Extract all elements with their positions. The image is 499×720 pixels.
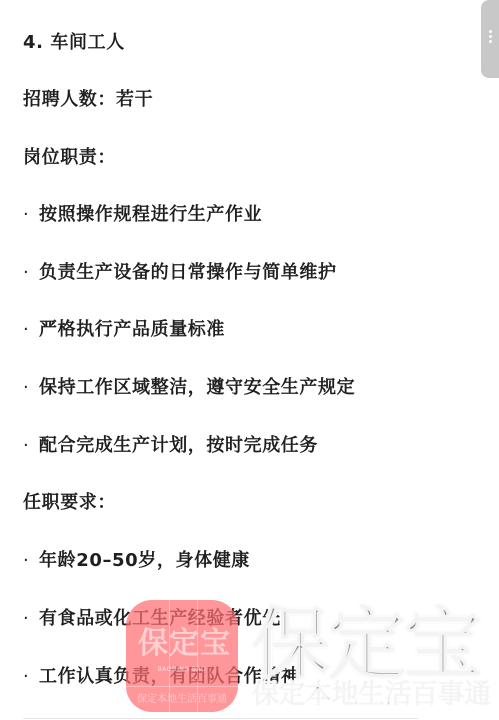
more-dots-icon xyxy=(489,30,492,45)
bullet-icon: · xyxy=(23,261,39,285)
requirement-item: ·年龄20–50岁，身体健康 xyxy=(23,549,250,573)
duty-item: ·配合完成生产计划，按时完成任务 xyxy=(23,434,318,458)
duty-item: ·保持工作区域整洁，遵守安全生产规定 xyxy=(23,376,355,400)
bullet-icon: · xyxy=(23,607,39,631)
duty-text: 保持工作区域整洁，遵守安全生产规定 xyxy=(39,377,355,398)
bullet-icon: · xyxy=(23,665,39,689)
duty-item: ·负责生产设备的日常操作与简单维护 xyxy=(23,261,337,285)
bullet-icon: · xyxy=(23,203,39,227)
bullet-icon: · xyxy=(23,318,39,342)
duty-text: 配合完成生产计划，按时完成任务 xyxy=(39,435,318,456)
requirement-text: 年龄20–50岁，身体健康 xyxy=(39,550,250,571)
duty-item: ·按照操作规程进行生产作业 xyxy=(23,203,262,227)
watermark-big-title: 保定宝 xyxy=(252,603,480,687)
duty-text: 按照操作规程进行生产作业 xyxy=(39,204,262,225)
watermark-badge-en: BAODING BAO xyxy=(126,666,238,673)
bullet-icon: · xyxy=(23,549,39,573)
bottom-divider xyxy=(23,718,418,719)
watermark-badge-title: 保定宝 xyxy=(138,618,231,662)
requirements-heading: 任职要求： xyxy=(23,491,116,515)
side-menu-handle[interactable] xyxy=(481,0,499,78)
duties-heading: 岗位职责： xyxy=(23,146,116,170)
headcount-label: 招聘人数：若干 xyxy=(23,88,153,112)
bullet-icon: · xyxy=(23,434,39,458)
bullet-icon: · xyxy=(23,376,39,400)
job-title: 4. 车间工人 xyxy=(23,31,125,55)
duty-item: ·严格执行产品质量标准 xyxy=(23,318,225,342)
watermark-badge-logo: 保定宝 BAODING BAO 保定本地生活百事通 xyxy=(126,600,238,712)
duty-text: 负责生产设备的日常操作与简单维护 xyxy=(39,262,337,283)
duty-text: 严格执行产品质量标准 xyxy=(39,319,225,340)
watermark-slogan: 保定本地生活百事通 xyxy=(252,680,491,710)
watermark-badge-sub: 保定本地生活百事通 xyxy=(126,690,238,705)
